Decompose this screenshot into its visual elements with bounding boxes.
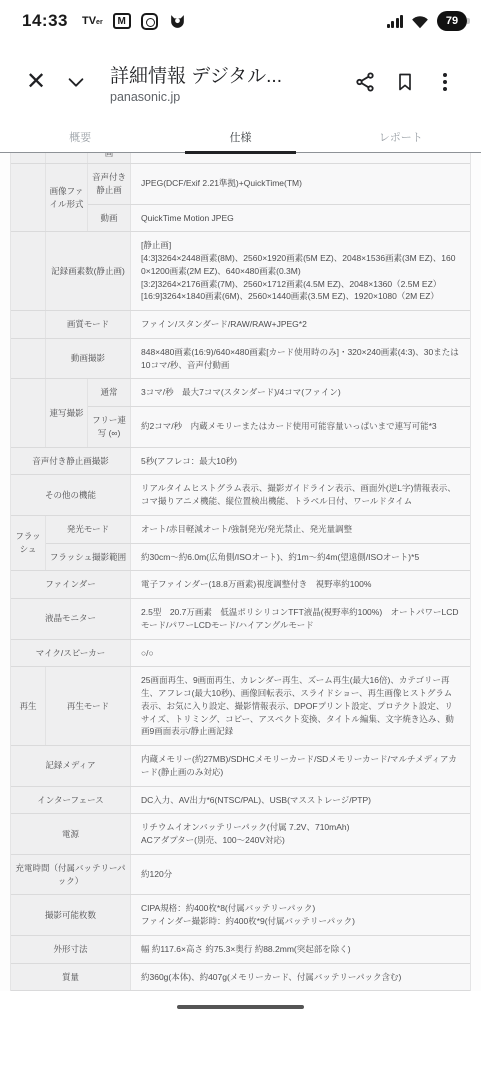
close-button[interactable]: ✕ — [16, 62, 56, 102]
sub-label-cell: フラッシュ撮影範囲 — [46, 544, 131, 571]
value-cell: 内蔵メモリー(約27MB)/SDHCメモリーカード/SDメモリーカード/マルチメ… — [131, 746, 470, 786]
page-content: 画画像ファイル形式音声付き静止画JPEG(DCF/Exif 2.21準拠)+Qu… — [0, 153, 481, 991]
value-cell: 848×480画素(16:9)/640×480画素[カード使用時のみ]・320×… — [131, 339, 470, 379]
sub-row: 音声付き静止画JPEG(DCF/Exif 2.21準拠)+QuickTime(T… — [88, 164, 470, 204]
page-domain: panasonic.jp — [110, 90, 337, 104]
page-title: 詳細情報 デジタル... — [110, 61, 337, 88]
spec-row: 液晶モニター2.5型 20.7万画素 低温ポリシリコンTFT液晶(視野率約100… — [11, 599, 470, 640]
value-cell — [131, 153, 470, 164]
group-spacer-cell — [11, 311, 46, 338]
row-label-cell: 音声付き静止画撮影 — [11, 448, 131, 475]
sub-row: フリー連写 (∞)約2コマ/秒 内蔵メモリーまたはカード使用可能容量いっぱいまで… — [88, 406, 470, 447]
sub-row: 通常3コマ/秒 最大7コマ(スタンダード)/4コマ(ファイン) — [88, 379, 470, 406]
value-cell: [静止画] [4:3]3264×2448画素(8M)、2560×1920画素(5… — [131, 232, 470, 310]
browser-header: ✕ 詳細情報 デジタル... panasonic.jp — [0, 42, 481, 122]
group-spacer-cell — [11, 164, 46, 231]
group-spacer-cell — [11, 379, 46, 446]
sub-row: 動画QuickTime Motion JPEG — [88, 204, 470, 232]
value-cell: 電子ファインダー(18.8万画素)視度調整付き 視野率約100% — [131, 571, 470, 598]
clipped-label-cell: 画 — [88, 153, 131, 163]
value-cell: 3コマ/秒 最大7コマ(スタンダード)/4コマ(ファイン) — [131, 379, 470, 406]
row-label-cell: 動画撮影 — [46, 339, 131, 379]
value-cell: 約120分 — [131, 855, 470, 895]
value-cell: 約30cm～約6.0m(広角側/ISOオート)、約1m～約4m(望遠側/ISOオ… — [131, 544, 470, 571]
signal-icon — [387, 15, 404, 28]
sub-label-cell: 通常 — [88, 379, 131, 406]
gesture-pill[interactable] — [177, 1005, 304, 1009]
status-bar: 14:33 TVer M 79 — [0, 0, 481, 42]
value-cell: ○/○ — [131, 640, 470, 667]
share-icon — [354, 71, 376, 93]
row-label-cell: マイク/スピーカー — [11, 640, 131, 667]
sub-label-cell: 発光モード — [46, 516, 131, 543]
share-button[interactable] — [345, 62, 385, 102]
value-cell: JPEG(DCF/Exif 2.21準拠)+QuickTime(TM) — [131, 164, 470, 204]
tab-specs[interactable]: 仕様 — [160, 122, 320, 152]
title-block: 詳細情報 デジタル... panasonic.jp — [96, 61, 345, 104]
spec-row: 再生再生モード25画面再生、9画面再生、カレンダー再生、ズーム再生(最大16倍)… — [11, 667, 470, 746]
spec-row: その他の機能リアルタイムヒストグラム表示、撮影ガイドライン表示、画面外(逆L字)… — [11, 475, 470, 516]
group-spacer-cell — [11, 232, 46, 310]
instagram-icon — [141, 13, 158, 30]
bookmark-icon — [395, 72, 415, 92]
value-cell: ファイン/スタンダード/RAW/RAW+JPEG*2 — [131, 311, 470, 338]
battery-indicator: 79 — [437, 11, 467, 31]
value-cell: 約2コマ/秒 内蔵メモリーまたはカード使用可能容量いっぱいまで連写可能*3 — [131, 407, 470, 447]
clock: 14:33 — [22, 11, 68, 31]
row-label-cell: 液晶モニター — [11, 599, 131, 639]
spec-row: マイク/スピーカー○/○ — [11, 640, 470, 668]
spec-row: フラッシュ発光モードオート/赤目軽減オート/強制発光/発光禁止、発光量調整フラッ… — [11, 516, 470, 572]
spec-row: 充電時間（付属バッテリーパック）約120分 — [11, 855, 470, 896]
notification-icons: TVer M — [82, 12, 187, 31]
spec-row: 画 — [11, 153, 470, 164]
group-label-cell — [46, 153, 88, 163]
tab-bar: 概要 仕様 レポート — [0, 122, 481, 153]
value-cell: 幅 約117.6×高さ 約75.3×奥行 約88.2mm(突起部を除く) — [131, 936, 470, 963]
tver-icon: TVer — [82, 15, 103, 27]
collapse-button[interactable] — [56, 62, 96, 102]
clipped-label-text: 画 — [105, 153, 114, 160]
row-label-cell: インターフェース — [11, 787, 131, 814]
row-label-cell: ファインダー — [11, 571, 131, 598]
fox-app-icon — [168, 12, 187, 31]
row-label-cell: 質量 — [11, 964, 131, 991]
row-label-cell: その他の機能 — [11, 475, 131, 515]
sub-label-cell: 音声付き静止画 — [88, 164, 131, 204]
sub-row: 発光モードオート/赤目軽減オート/強制発光/発光禁止、発光量調整 — [46, 516, 470, 543]
sub-label-cell: フリー連写 (∞) — [88, 407, 131, 447]
group-spacer-cell — [11, 153, 46, 163]
close-icon: ✕ — [26, 70, 46, 94]
sub-row: フラッシュ撮影範囲約30cm～約6.0m(広角側/ISOオート)、約1m～約4m… — [46, 543, 470, 571]
row-label-cell: 電源 — [11, 814, 131, 854]
value-cell: 約360g(本体)、約407g(メモリーカード、付属バッテリーパック含む) — [131, 964, 470, 991]
sub-rows: 発光モードオート/赤目軽減オート/強制発光/発光禁止、発光量調整フラッシュ撮影範… — [46, 516, 470, 571]
wifi-icon — [411, 14, 429, 29]
value-cell: リチウムイオンバッテリーパック(付属 7.2V、710mAh) ACアダプター(… — [131, 814, 470, 854]
value-cell: オート/赤目軽減オート/強制発光/発光禁止、発光量調整 — [131, 516, 470, 543]
value-cell: 5秒(アフレコ：最大10秒) — [131, 448, 470, 475]
chevron-down-icon — [65, 71, 87, 93]
row-label-cell: 記録メディア — [11, 746, 131, 786]
spec-row: 記録画素数(静止画)[静止画] [4:3]3264×2448画素(8M)、256… — [11, 232, 470, 311]
value-cell: 25画面再生、9画面再生、カレンダー再生、ズーム再生(最大16倍)、カテゴリー再… — [131, 667, 470, 745]
sub-row: 再生モード25画面再生、9画面再生、カレンダー再生、ズーム再生(最大16倍)、カ… — [46, 667, 470, 745]
row-label-cell: 充電時間（付属バッテリーパック） — [11, 855, 131, 895]
spec-row: 連写撮影通常3コマ/秒 最大7コマ(スタンダード)/4コマ(ファイン)フリー連写… — [11, 379, 470, 447]
spec-row: 動画撮影848×480画素(16:9)/640×480画素[カード使用時のみ]・… — [11, 339, 470, 380]
sub-label-cell: 再生モード — [46, 667, 131, 745]
spec-row: インターフェースDC入力、AV出力*6(NTSC/PAL)、USB(マスストレー… — [11, 787, 470, 815]
spec-row: 外形寸法幅 約117.6×高さ 約75.3×奥行 約88.2mm(突起部を除く) — [11, 936, 470, 964]
spec-table: 画画像ファイル形式音声付き静止画JPEG(DCF/Exif 2.21準拠)+Qu… — [10, 153, 471, 991]
tab-report[interactable]: レポート — [321, 122, 481, 152]
value-cell: QuickTime Motion JPEG — [131, 205, 470, 232]
spec-row: 電源リチウムイオンバッテリーパック(付属 7.2V、710mAh) ACアダプタ… — [11, 814, 470, 855]
spec-row: 音声付き静止画撮影5秒(アフレコ：最大10秒) — [11, 448, 470, 476]
bottom-area — [0, 991, 481, 1023]
value-cell: CIPA規格：約400枚*8(付属バッテリーパック) ファインダー撮影時：約40… — [131, 895, 470, 935]
sub-rows: 音声付き静止画JPEG(DCF/Exif 2.21準拠)+QuickTime(T… — [88, 164, 470, 231]
gmail-icon: M — [113, 13, 131, 29]
group-label-cell: 画像ファイル形式 — [46, 164, 88, 231]
sub-rows: 通常3コマ/秒 最大7コマ(スタンダード)/4コマ(ファイン)フリー連写 (∞)… — [88, 379, 470, 446]
row-label-cell: 画質モード — [46, 311, 131, 338]
spec-row: ファインダー電子ファインダー(18.8万画素)視度調整付き 視野率約100% — [11, 571, 470, 599]
group-spacer-cell — [11, 339, 46, 379]
value-cell: DC入力、AV出力*6(NTSC/PAL)、USB(マスストレージ/PTP) — [131, 787, 470, 814]
sub-label-cell: 動画 — [88, 205, 131, 232]
menu-button[interactable] — [425, 62, 465, 102]
group-label-cell: 再生 — [11, 667, 46, 745]
spec-row: 画像ファイル形式音声付き静止画JPEG(DCF/Exif 2.21準拠)+Qui… — [11, 164, 470, 232]
group-label-cell: フラッシュ — [11, 516, 46, 571]
row-label-cell: 外形寸法 — [11, 936, 131, 963]
bookmark-button[interactable] — [385, 62, 425, 102]
value-cell: リアルタイムヒストグラム表示、撮影ガイドライン表示、画面外(逆L字)情報表示、コ… — [131, 475, 470, 515]
spec-row: 画質モードファイン/スタンダード/RAW/RAW+JPEG*2 — [11, 311, 470, 339]
row-label-cell: 撮影可能枚数 — [11, 895, 131, 935]
tab-overview[interactable]: 概要 — [0, 122, 160, 152]
spec-row: 撮影可能枚数CIPA規格：約400枚*8(付属バッテリーパック) ファインダー撮… — [11, 895, 470, 936]
kebab-menu-icon — [443, 73, 447, 91]
row-label-cell: 記録画素数(静止画) — [46, 232, 131, 310]
spec-row: 質量約360g(本体)、約407g(メモリーカード、付属バッテリーパック含む) — [11, 964, 470, 992]
sub-rows: 再生モード25画面再生、9画面再生、カレンダー再生、ズーム再生(最大16倍)、カ… — [46, 667, 470, 745]
spec-row: 記録メディア内蔵メモリー(約27MB)/SDHCメモリーカード/SDメモリーカー… — [11, 746, 470, 787]
value-cell: 2.5型 20.7万画素 低温ポリシリコンTFT液晶(視野率約100%) オート… — [131, 599, 470, 639]
group-label-cell: 連写撮影 — [46, 379, 88, 446]
